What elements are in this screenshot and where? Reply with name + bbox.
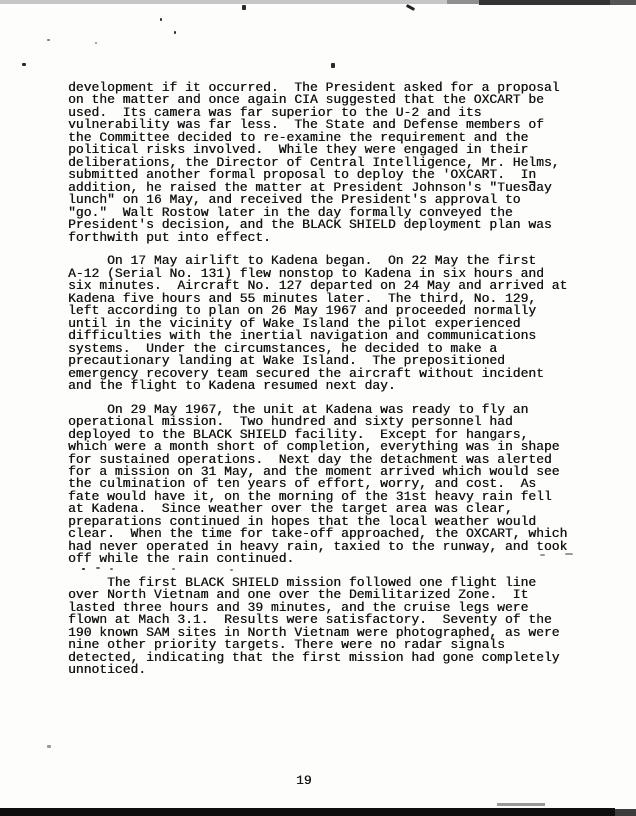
scan-edge-bottom xyxy=(0,808,615,816)
scan-edge-bottom-corner xyxy=(615,809,636,816)
scan-edge-top-right xyxy=(479,0,610,5)
page-number: 19 xyxy=(296,773,312,788)
paragraph: development if it occurred. The Presiden… xyxy=(68,82,584,244)
scan-speck xyxy=(160,18,162,21)
scan-edge-top-corner xyxy=(610,0,636,5)
scan-speck xyxy=(95,42,97,44)
paragraph: On 29 May 1967, the unit at Kadena was r… xyxy=(68,404,584,566)
document-page: development if it occurred. The Presiden… xyxy=(0,0,636,816)
scan-speck xyxy=(242,5,246,10)
scan-speck xyxy=(331,63,335,68)
scan-speck xyxy=(174,31,176,34)
scan-edge-top-left xyxy=(0,0,447,4)
scan-speck xyxy=(47,39,50,41)
paragraph: On 17 May airlift to Kadena began. On 22… xyxy=(68,255,584,392)
scan-speck xyxy=(47,745,51,748)
scan-edge-bottom-gray xyxy=(497,803,545,806)
document-body: development if it occurred. The Presiden… xyxy=(68,82,584,688)
scan-speck xyxy=(406,4,415,11)
paragraph: The first BLACK SHIELD mission followed … xyxy=(68,577,584,677)
scan-speck xyxy=(22,63,26,66)
scan-edge-top-mid xyxy=(447,0,479,4)
